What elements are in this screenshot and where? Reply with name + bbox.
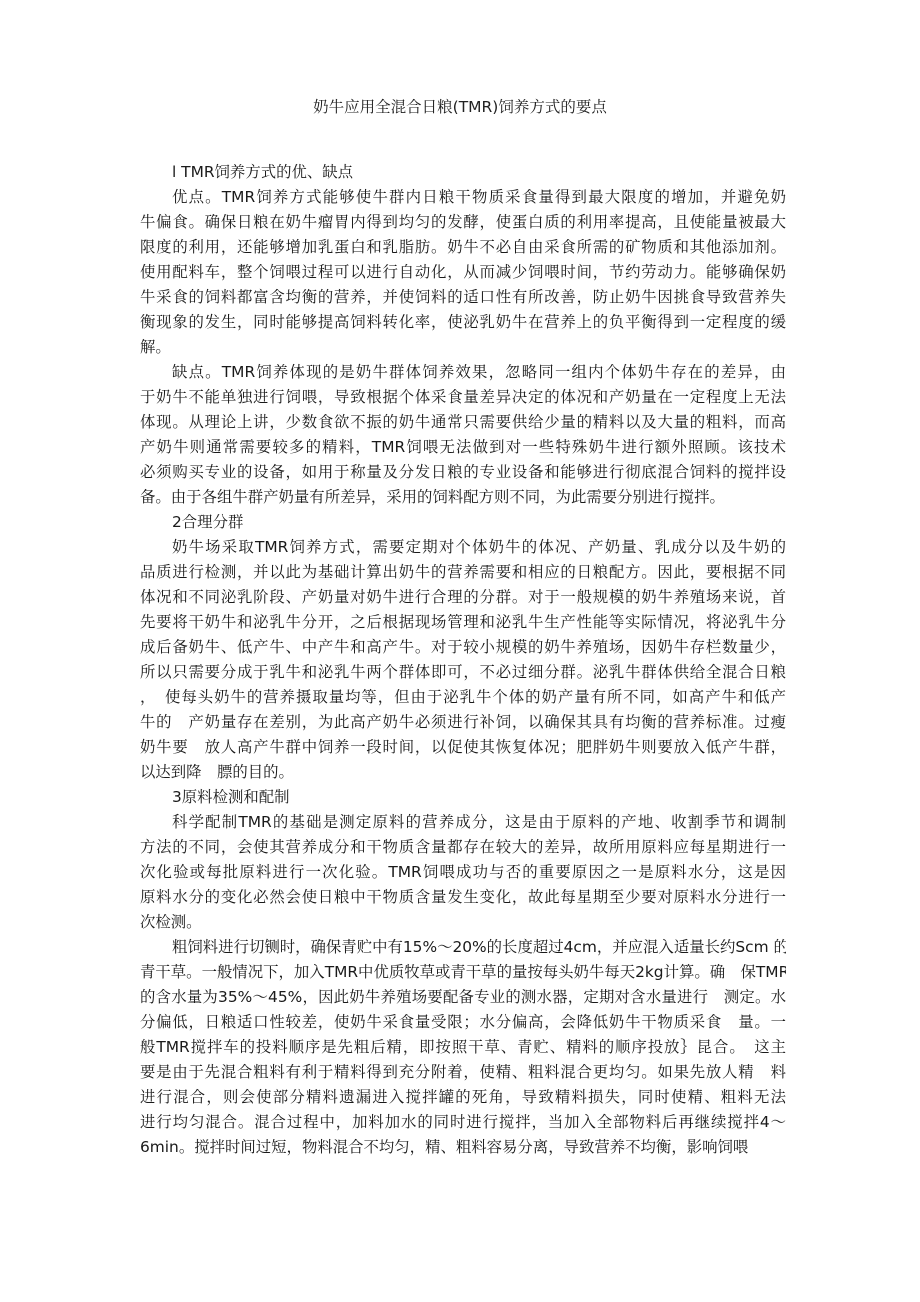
text-line: 解。 xyxy=(140,335,786,360)
section-heading: l TMR饲养方式的优、缺点 xyxy=(140,160,786,185)
text-line: 品质进行检测，并以此为基础计算出奶牛的营养需要和相应的日粮配方。因此，要根据不同 xyxy=(140,560,786,585)
text-line: 要是由于先混合粗料有利于精料得到充分附着，使精、粗料混合更均匀。如果先放人精 料 xyxy=(140,1060,786,1085)
text-line: 青干草。一般情况下，加入TMR中优质牧草或青干草的量按每头奶牛每天2kg计算。确… xyxy=(140,960,786,985)
text-line: ， 使每头奶牛的营养摄取量均等，但由于泌乳牛个体的奶产量有所不同，如高产牛和低产 xyxy=(140,685,786,710)
text-line: 粗饲料进行切铡时，确保青贮中有15%～20%的长度超过4cm，并应混入适量长约S… xyxy=(140,935,786,960)
text-line: 于奶牛不能单独进行饲喂，导致根据个体采食量差异决定的体况和产奶量在一定程度上无法 xyxy=(140,385,786,410)
text-line: 分偏低，日粮适口性较差，使奶牛采食量受限；水分偏高，会降低奶牛干物质采食 量。一 xyxy=(140,1010,786,1035)
text-line: 科学配制TMR的基础是测定原料的营养成分，这是由于原料的产地、收割季节和调制 xyxy=(140,810,786,835)
text-line: 次化验或每批原料进行一次化验。TMR饲喂成功与否的重要原因之一是原料水分，这是因 xyxy=(140,860,786,885)
paragraph-grouping: 奶牛场采取TMR饲养方式，需要定期对个体奶牛的体况、产奶量、乳成分以及牛奶的 品… xyxy=(140,535,786,785)
text-line: 牛偏食。确保日粮在奶牛瘤胃内得到均匀的发酵，使蛋白质的利用率提高，且使能量被最大 xyxy=(140,210,786,235)
section-heading: 2合理分群 xyxy=(140,510,786,535)
document-title: 奶牛应用全混合日粮(TMR)饲养方式的要点 xyxy=(0,96,920,118)
text-line: 限度的利用，还能够增加乳蛋白和乳脂肪。奶牛不必自由采食所需的矿物质和其他添加剂。 xyxy=(140,235,786,260)
text-line: 牛采食的饲料都富含均衡的营养，并使饲料的适口性有所改善，防止奶牛因挑食导致营养失 xyxy=(140,285,786,310)
text-line: 进行均匀混合。混合过程中，加料加水的同时进行搅拌，当加入全部物料后再继续搅拌4～ xyxy=(140,1110,786,1135)
text-line: 的含水量为35%～45%，因此奶牛养殖场要配备专业的测水器，定期对含水量进行 测… xyxy=(140,985,786,1010)
text-line: 使用配料车，整个饲喂过程可以进行自动化，从而减少饲喂时间，节约劳动力。能够确保奶 xyxy=(140,260,786,285)
text-line: 必须购买专业的设备，如用于称量及分发日粮的专业设备和能够进行彻底混合饲料的搅拌设 xyxy=(140,460,786,485)
text-line: 缺点。TMR饲养体现的是奶牛群体饲养效果，忽略同一组内个体奶牛存在的差异，由 xyxy=(140,360,786,385)
text-line: 进行混合，则会使部分精料遗漏进入搅拌罐的死角，导致精料损失，同时使精、粗料无法 xyxy=(140,1085,786,1110)
text-line: 衡现象的发生，同时能够提高饲料转化率，使泌乳奶牛在营养上的负平衡得到一定程度的缓 xyxy=(140,310,786,335)
paragraph-disadvantages: 缺点。TMR饲养体现的是奶牛群体饲养效果，忽略同一组内个体奶牛存在的差异，由 于… xyxy=(140,360,786,510)
text-line: 牛的 产奶量存在差别，为此高产奶牛必须进行补饲，以确保其具有均衡的营养标准。过瘦 xyxy=(140,710,786,735)
text-line: 奶牛要 放人高产牛群中饲养一段时间，以促使其恢复体况；肥胖奶牛则要放入低产牛群， xyxy=(140,735,786,760)
paragraph-advantages: 优点。TMR饲养方式能够使牛群内日粮干物质采食量得到最大限度的增加，并避免奶 牛… xyxy=(140,185,786,360)
text-line: 成后备奶牛、低产牛、中产牛和高产牛。对于较小规模的奶牛养殖场，因奶牛存栏数量少， xyxy=(140,635,786,660)
paragraph-testing: 科学配制TMR的基础是测定原料的营养成分，这是由于原料的产地、收割季节和调制 方… xyxy=(140,810,786,935)
section-heading: 3原料检测和配制 xyxy=(140,785,786,810)
text-line: 先要将干奶牛和泌乳牛分开，之后根据现场管理和泌乳牛生产性能等实际情况，将泌乳牛分 xyxy=(140,610,786,635)
text-line: 优点。TMR饲养方式能够使牛群内日粮干物质采食量得到最大限度的增加，并避免奶 xyxy=(140,185,786,210)
text-line: 产奶牛则通常需要较多的精料，TMR饲喂无法做到对一些特殊奶牛进行额外照顾。该技术 xyxy=(140,435,786,460)
text-line: 方法的不同，会使其营养成分和干物质含量都存在较大的差异，故所用原料应每星期进行一 xyxy=(140,835,786,860)
text-line: 所以只需要分成于乳牛和泌乳牛两个群体即可，不必过细分群。泌乳牛群体供给全混合日粮 xyxy=(140,660,786,685)
document-body: l TMR饲养方式的优、缺点 优点。TMR饲养方式能够使牛群内日粮干物质采食量得… xyxy=(140,160,786,1160)
text-line: 原料水分的变化必然会使日粮中干物质含量发生变化，故此每星期至少要对原料水分进行一 xyxy=(140,885,786,910)
text-line: 以达到降 膘的目的。 xyxy=(140,760,786,785)
text-line: 次检测。 xyxy=(140,910,786,935)
text-line: 体现。从理论上讲，少数食欲不振的奶牛通常只需要供给少量的精料以及大量的粗料，而高 xyxy=(140,410,786,435)
text-line: 6min。搅拌时间过短，物料混合不均匀，精、粗料容易分离，导致营养不均衡，影响饲… xyxy=(140,1135,786,1160)
text-line: 备。由于各组牛群产奶量有所差异，采用的饲料配方则不同，为此需要分别进行搅拌。 xyxy=(140,485,786,510)
text-line: 体况和不同泌乳阶段、产奶量对奶牛进行合理的分群。对于一般规模的奶牛养殖场来说，首 xyxy=(140,585,786,610)
text-line: 般TMR搅拌车的投料顺序是先粗后精，即按照干草、青贮、精料的顺序投放｝昆合。 这… xyxy=(140,1035,786,1060)
paragraph-mixing: 粗饲料进行切铡时，确保青贮中有15%～20%的长度超过4cm，并应混入适量长约S… xyxy=(140,935,786,1160)
text-line: 奶牛场采取TMR饲养方式，需要定期对个体奶牛的体况、产奶量、乳成分以及牛奶的 xyxy=(140,535,786,560)
